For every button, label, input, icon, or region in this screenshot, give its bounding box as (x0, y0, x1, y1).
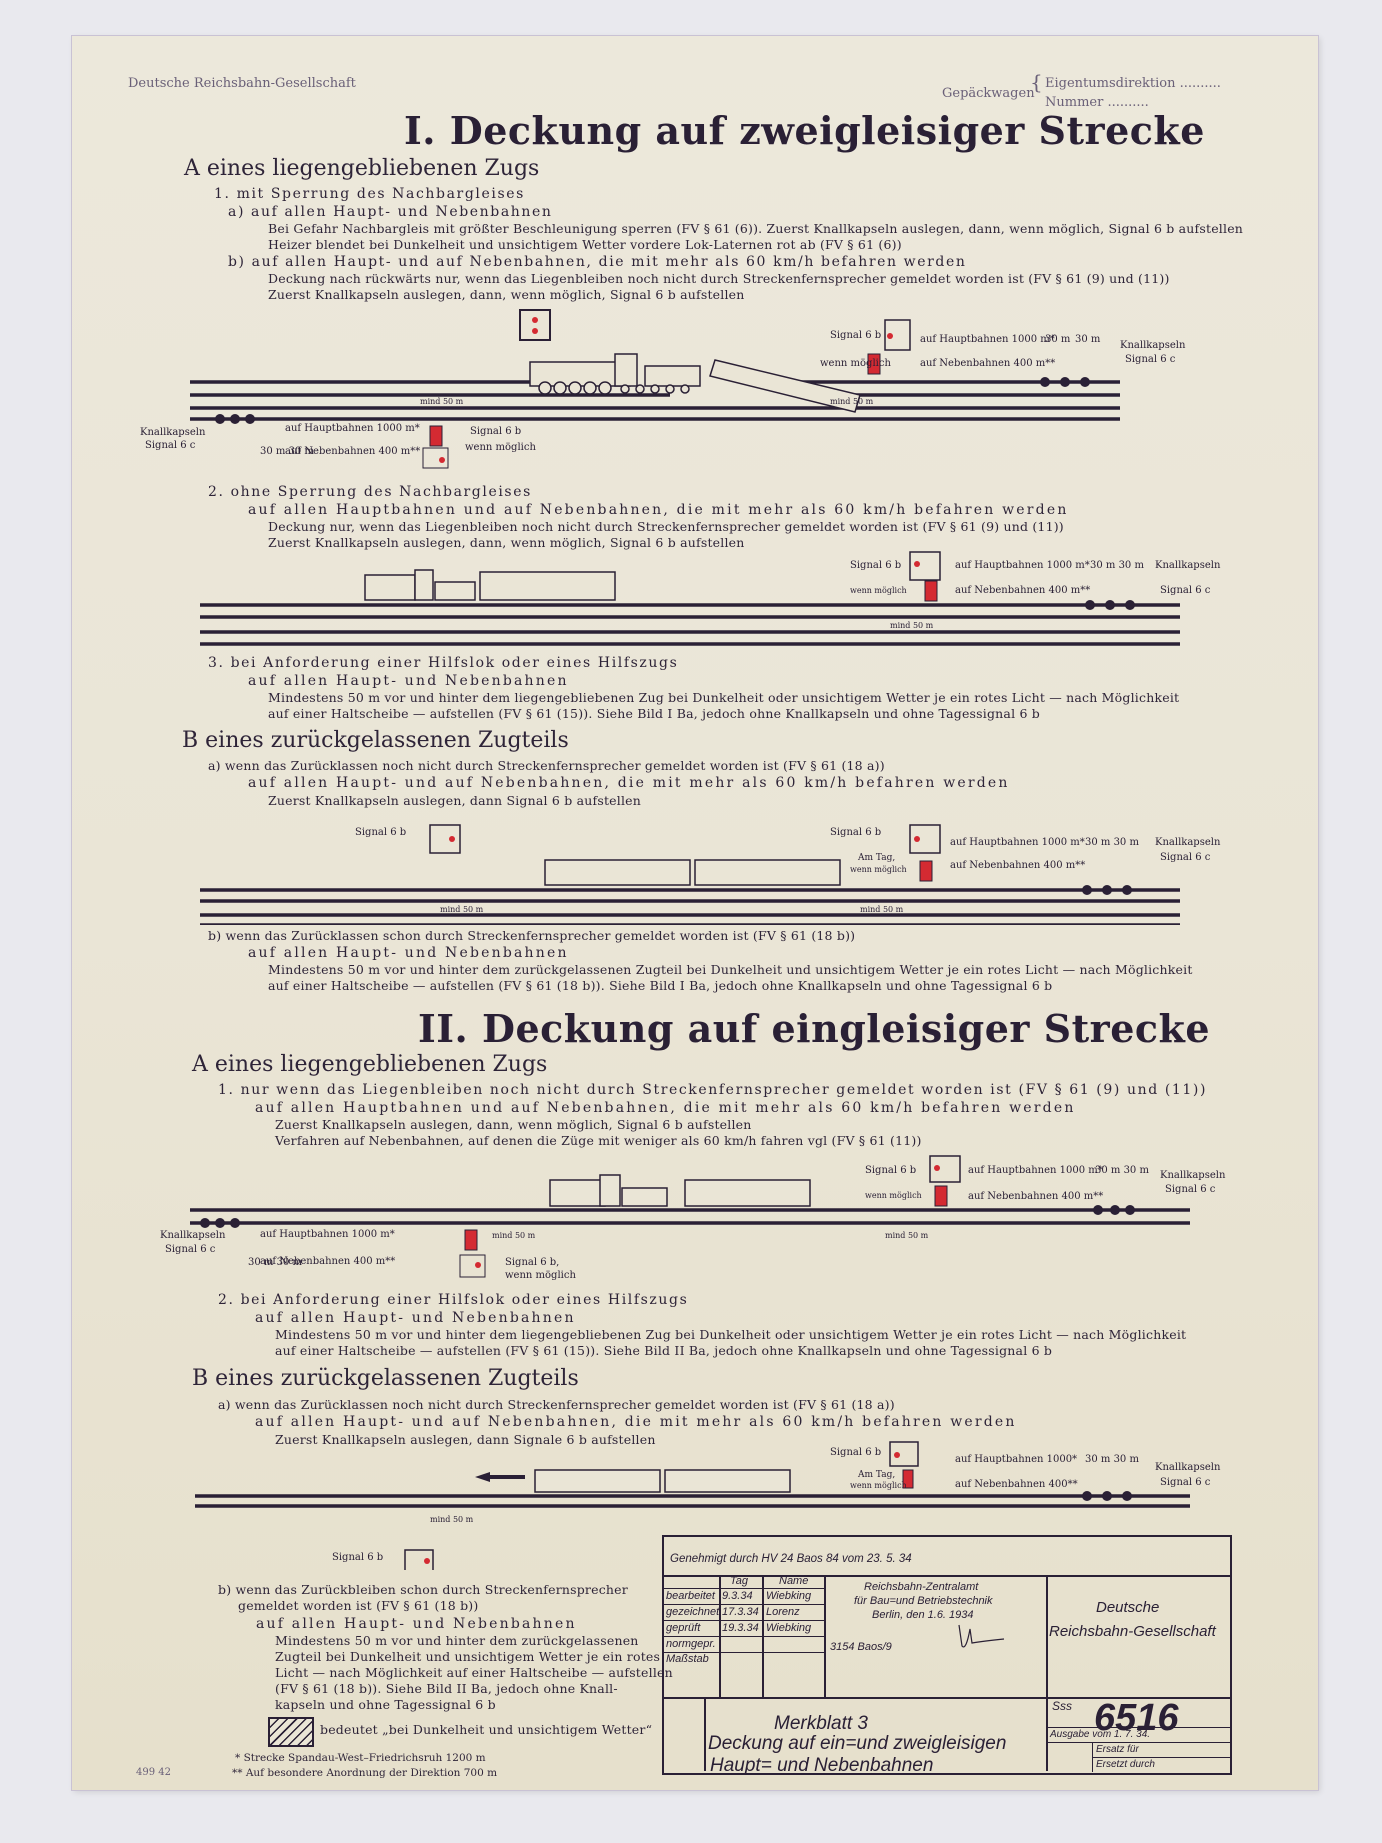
svg-text:mind 50 m: mind 50 m (830, 397, 874, 406)
svg-text:Signal 6 b: Signal 6 b (830, 1447, 881, 1458)
ii-item-2-label: 2. bei Anforderung einer Hilfslok oder e… (218, 1292, 688, 1308)
col-name-header: Name (779, 1575, 808, 1587)
svg-text:30 m 30 m: 30 m 30 m (1090, 560, 1144, 571)
ii-item-1-text1: Zuerst Knallkapseln auslegen, dann, wenn… (275, 1117, 752, 1132)
svg-text:auf Nebenbahnen 400 m**: auf Nebenbahnen 400 m** (285, 446, 420, 457)
replaces-label: Ersatz für (1096, 1744, 1139, 1755)
org-line-1: Deutsche (1096, 1599, 1159, 1616)
svg-text:30 m 30 m: 30 m 30 m (1095, 1165, 1149, 1176)
svg-text:Am Tag,: Am Tag, (857, 1470, 895, 1480)
svg-text:auf Hauptbahnen 1000 m*: auf Hauptbahnen 1000 m* (920, 334, 1055, 345)
item-3-label: 3. bei Anforderung einer Hilfslok oder e… (208, 655, 678, 671)
sheet-title-3: Haupt= und Nebenbahnen (710, 1755, 933, 1777)
signal-6b-label: Signal 6 b (830, 330, 881, 341)
svg-text:Knallkapseln: Knallkapseln (140, 427, 206, 438)
svg-text:wenn möglich: wenn möglich (865, 1191, 922, 1200)
item-3-text2: auf einer Haltscheibe — aufstellen (FV §… (268, 706, 1040, 721)
ii-b-a-label: a) wenn das Zurücklassen noch nicht durc… (218, 1397, 895, 1412)
svg-text:mind 50 m: mind 50 m (885, 1231, 929, 1240)
scale-label: Maßstab (666, 1653, 709, 1665)
baggage-car-label: Gepäckwagen (942, 86, 1035, 101)
office-line-2: für Bau=und Betriebstechnik (854, 1595, 993, 1607)
section-title-1: I. Deckung auf zweigleisiger Strecke (404, 108, 1205, 153)
sheet-title-2: Deckung auf ein=und zweigleisigen (708, 1733, 1006, 1755)
svg-text:wenn möglich: wenn möglich (850, 865, 907, 874)
footnote-2: ** Auf besondere Anordnung der Direktion… (232, 1767, 497, 1779)
row-role: bearbeitet (666, 1590, 715, 1602)
ii-item-2-sub: auf allen Haupt- und Nebenbahnen (255, 1310, 576, 1326)
footnote-1: * Strecke Spandau-West–Friedrichsruh 120… (235, 1752, 486, 1764)
item-2-sub: auf allen Hauptbahnen und auf Nebenbahne… (248, 502, 1069, 518)
title-block: Genehmigt durch HV 24 Baos 84 vom 23. 5.… (662, 1535, 1232, 1775)
svg-text:Signal 6 b: Signal 6 b (865, 1165, 916, 1176)
ii-item-2-text1: Mindestens 50 m vor und hinter dem liege… (275, 1327, 1186, 1342)
office-line-1: Reichsbahn-Zentralamt (864, 1581, 978, 1593)
section-2b-heading: B eines zurückgelassenen Zugteils (192, 1366, 579, 1391)
svg-text:mind 50 m: mind 50 m (430, 1515, 474, 1524)
ii-item-1-label: 1. nur wenn das Liegenbleiben noch nicht… (218, 1082, 1207, 1098)
svg-text:mind 50 m: mind 50 m (420, 397, 464, 406)
ii-b-b-line4: Mindestens 50 m vor und hinter dem zurüc… (275, 1633, 639, 1648)
item-1b-label: b) auf allen Haupt- und auf Nebenbahnen,… (228, 254, 967, 270)
item-1b-text1: Deckung nach rückwärts nur, wenn das Lie… (268, 271, 1170, 286)
sss-label: Sss (1052, 1699, 1072, 1713)
row-name: Wiebking (766, 1622, 811, 1634)
b-a-sub: auf allen Haupt- und auf Nebenbahnen, di… (248, 775, 1010, 791)
item-2-text2: Zuerst Knallkapseln auslegen, dann, wenn… (268, 535, 745, 550)
approval-note: Genehmigt durch HV 24 Baos 84 vom 23. 5.… (670, 1553, 912, 1565)
svg-text:wenn möglich: wenn möglich (820, 358, 891, 369)
svg-text:auf Nebenbahnen 400 m**: auf Nebenbahnen 400 m** (950, 860, 1085, 871)
ii-b-b-line6: Licht — nach Möglichkeit auf einer Halts… (275, 1665, 673, 1680)
section-title-2: II. Deckung auf eingleisiger Strecke (418, 1006, 1210, 1051)
b-b-text1: Mindestens 50 m vor und hinter dem zurüc… (268, 962, 1193, 977)
svg-text:Signal 6 b: Signal 6 b (355, 827, 406, 838)
svg-text:30 m 30 m: 30 m 30 m (1085, 1454, 1139, 1465)
svg-text:wenn möglich: wenn möglich (850, 1481, 907, 1490)
svg-text:Signal 6 c: Signal 6 c (1160, 585, 1211, 596)
svg-text:Signal 6 b: Signal 6 b (470, 426, 521, 437)
print-code: 499 42 (136, 1767, 171, 1778)
svg-text:Knallkapseln: Knallkapseln (1120, 340, 1186, 351)
office-line-3: Berlin, den 1.6. 1934 (872, 1609, 974, 1621)
svg-text:Signal 6 c: Signal 6 c (1160, 1477, 1211, 1488)
svg-text:Knallkapseln: Knallkapseln (160, 1230, 226, 1241)
signature (954, 1621, 1014, 1651)
svg-text:auf Nebenbahnen 400 m**: auf Nebenbahnen 400 m** (955, 585, 1090, 596)
svg-text:auf Hauptbahnen 1000 m*: auf Hauptbahnen 1000 m* (950, 837, 1085, 848)
diagram-single-track-stalled: Signal 6 b wenn möglich auf Hauptbahnen … (160, 1150, 1240, 1280)
section-1a-heading: A eines liegengebliebenen Zugs (184, 156, 539, 181)
b-b-sub: auf allen Haupt- und Nebenbahnen (248, 945, 569, 961)
ii-b-a-sub: auf allen Haupt- und auf Nebenbahnen, di… (255, 1414, 1017, 1430)
ii-b-b-line1: b) wenn das Zurückbleiben schon durch St… (218, 1582, 628, 1597)
item-1-label: 1. mit Sperrung des Nachbargleises (214, 186, 525, 202)
svg-text:wenn möglich: wenn möglich (505, 1270, 576, 1280)
col-tag-header: Tag (730, 1575, 748, 1587)
diagram-left-behind-part: Signal 6 b Signal 6 b Am Tag, wenn mögli… (190, 815, 1240, 925)
section-2a-heading: A eines liegengebliebenen Zugs (192, 1052, 547, 1077)
publisher-label: Deutsche Reichsbahn-Gesellschaft (128, 76, 356, 91)
svg-text:auf Nebenbahnen 400**: auf Nebenbahnen 400** (955, 1479, 1078, 1490)
item-2-label: 2. ohne Sperrung des Nachbargleises (208, 484, 532, 500)
diagram-double-track-blocked: Signal 6 b wenn möglich auf Hauptbahnen … (140, 300, 1240, 470)
org-line-2: Reichsbahn-Gesellschaft (1049, 1623, 1216, 1640)
svg-text:Signal 6 b: Signal 6 b (830, 827, 881, 838)
row-role: gezeichnet (666, 1606, 719, 1618)
row-name: Wiebking (766, 1590, 811, 1602)
svg-text:mind 50 m: mind 50 m (890, 621, 934, 630)
row-role: normgepr. (666, 1638, 716, 1650)
svg-text:auf Hauptbahnen 1000 m*: auf Hauptbahnen 1000 m* (968, 1165, 1103, 1176)
row-date: 9.3.34 (722, 1590, 753, 1602)
svg-text:Signal 6 c: Signal 6 c (145, 440, 196, 451)
svg-text:auf Hauptbahnen 1000 m*: auf Hauptbahnen 1000 m* (285, 423, 420, 434)
edition-date: Ausgabe vom 1. 7. 34. (1050, 1729, 1150, 1740)
item-1a-text1: Bei Gefahr Nachbargleis mit größter Besc… (268, 221, 1243, 236)
item-1a-label: a) auf allen Haupt- und Nebenbahnen (228, 204, 553, 220)
ii-item-1-text2: Verfahren auf Nebenbahnen, auf denen die… (275, 1133, 922, 1148)
b-a-text: Zuerst Knallkapseln auslegen, dann Signa… (268, 793, 641, 808)
item-3-text1: Mindestens 50 m vor und hinter dem liege… (268, 690, 1179, 705)
svg-text:Knallkapseln: Knallkapseln (1155, 560, 1221, 571)
ii-b-b-line5: Zugteil bei Dunkelheit und unsichtigem W… (275, 1649, 660, 1664)
item-2-text1: Deckung nur, wenn das Liegenbleiben noch… (268, 519, 1064, 534)
svg-text:wenn möglich: wenn möglich (465, 442, 536, 453)
svg-text:auf Nebenbahnen 400 m**: auf Nebenbahnen 400 m** (920, 358, 1055, 369)
brace: { (1030, 72, 1043, 92)
ii-b-b-line7: (FV § 61 (18 b)). Siehe Bild II Ba, jedo… (275, 1681, 618, 1696)
svg-text:Knallkapseln: Knallkapseln (1155, 837, 1221, 848)
svg-text:mind 50 m: mind 50 m (440, 905, 484, 914)
svg-text:Signal 6 c: Signal 6 c (1160, 852, 1211, 863)
svg-text:wenn möglich: wenn möglich (850, 586, 907, 595)
diagram-double-track-no-block: Signal 6 b wenn möglich auf Hauptbahnen … (190, 550, 1240, 660)
row-date: 17.3.34 (722, 1606, 759, 1618)
svg-text:Am Tag,: Am Tag, (857, 853, 895, 863)
ii-item-1-sub: auf allen Hauptbahnen und auf Nebenbahne… (255, 1100, 1076, 1116)
svg-text:auf Hauptbahnen 1000 m*: auf Hauptbahnen 1000 m* (955, 560, 1090, 571)
section-1b-heading: B eines zurückgelassenen Zugteils (182, 728, 569, 753)
svg-text:auf Nebenbahnen 400 m**: auf Nebenbahnen 400 m** (968, 1191, 1103, 1202)
ii-b-b-line2: gemeldet worden ist (FV § 61 (18 b)) (238, 1598, 478, 1613)
svg-text:Knallkapseln: Knallkapseln (1155, 1462, 1221, 1473)
svg-text:30 m 30 m: 30 m 30 m (1085, 837, 1139, 848)
svg-text:Signal 6 b,: Signal 6 b, (505, 1257, 559, 1268)
item-3-sub: auf allen Haupt- und Nebenbahnen (248, 673, 569, 689)
sheet-title-1: Merkblatt 3 (774, 1713, 868, 1735)
svg-text:Signal 6 b: Signal 6 b (850, 560, 901, 571)
replaced-by-label: Ersetzt durch (1096, 1759, 1155, 1770)
row-date: 19.3.34 (722, 1622, 759, 1634)
ii-item-2-text2: auf einer Haltscheibe — aufstellen (FV §… (275, 1343, 1052, 1358)
owner-direction-field: Eigentumsdirektion .......... (1045, 76, 1221, 91)
b-b-text2: auf einer Haltscheibe — aufstellen (FV §… (268, 978, 1052, 993)
svg-text:mind 50 m: mind 50 m (860, 905, 904, 914)
svg-text:30 m: 30 m (1045, 334, 1071, 345)
svg-text:auf Hauptbahnen 1000*: auf Hauptbahnen 1000* (955, 1454, 1077, 1465)
svg-text:auf Hauptbahnen 1000 m*: auf Hauptbahnen 1000 m* (260, 1229, 395, 1240)
svg-text:Signal 6 b: Signal 6 b (332, 1552, 383, 1563)
svg-text:Signal 6 c: Signal 6 c (1165, 1184, 1216, 1195)
ii-b-b-line3: auf allen Haupt- und Nebenbahnen (256, 1616, 577, 1632)
hatch-legend-swatch (268, 1717, 314, 1747)
b-b-label: b) wenn das Zurücklassen schon durch Str… (208, 928, 855, 943)
ii-b-b-line8: kapseln und ohne Tagessignal 6 b (275, 1697, 496, 1712)
svg-text:Signal 6 c: Signal 6 c (1125, 354, 1176, 365)
office-ref: 3154 Baos/9 (830, 1641, 892, 1653)
row-role: geprüft (666, 1622, 700, 1634)
svg-text:mind 50 m: mind 50 m (492, 1231, 536, 1240)
hatch-legend-text: bedeutet „bei Dunkelheit und unsichtigem… (320, 1722, 652, 1737)
svg-text:30 m: 30 m (1075, 334, 1101, 345)
item-1a-text2: Heizer blendet bei Dunkelheit und unsich… (268, 237, 902, 252)
svg-text:auf Nebenbahnen 400 m**: auf Nebenbahnen 400 m** (260, 1256, 395, 1267)
row-name: Lorenz (766, 1606, 800, 1618)
b-a-label: a) wenn das Zurücklassen noch nicht durc… (208, 758, 885, 773)
svg-text:Signal 6 c: Signal 6 c (165, 1244, 216, 1255)
svg-text:Knallkapseln: Knallkapseln (1160, 1170, 1226, 1181)
